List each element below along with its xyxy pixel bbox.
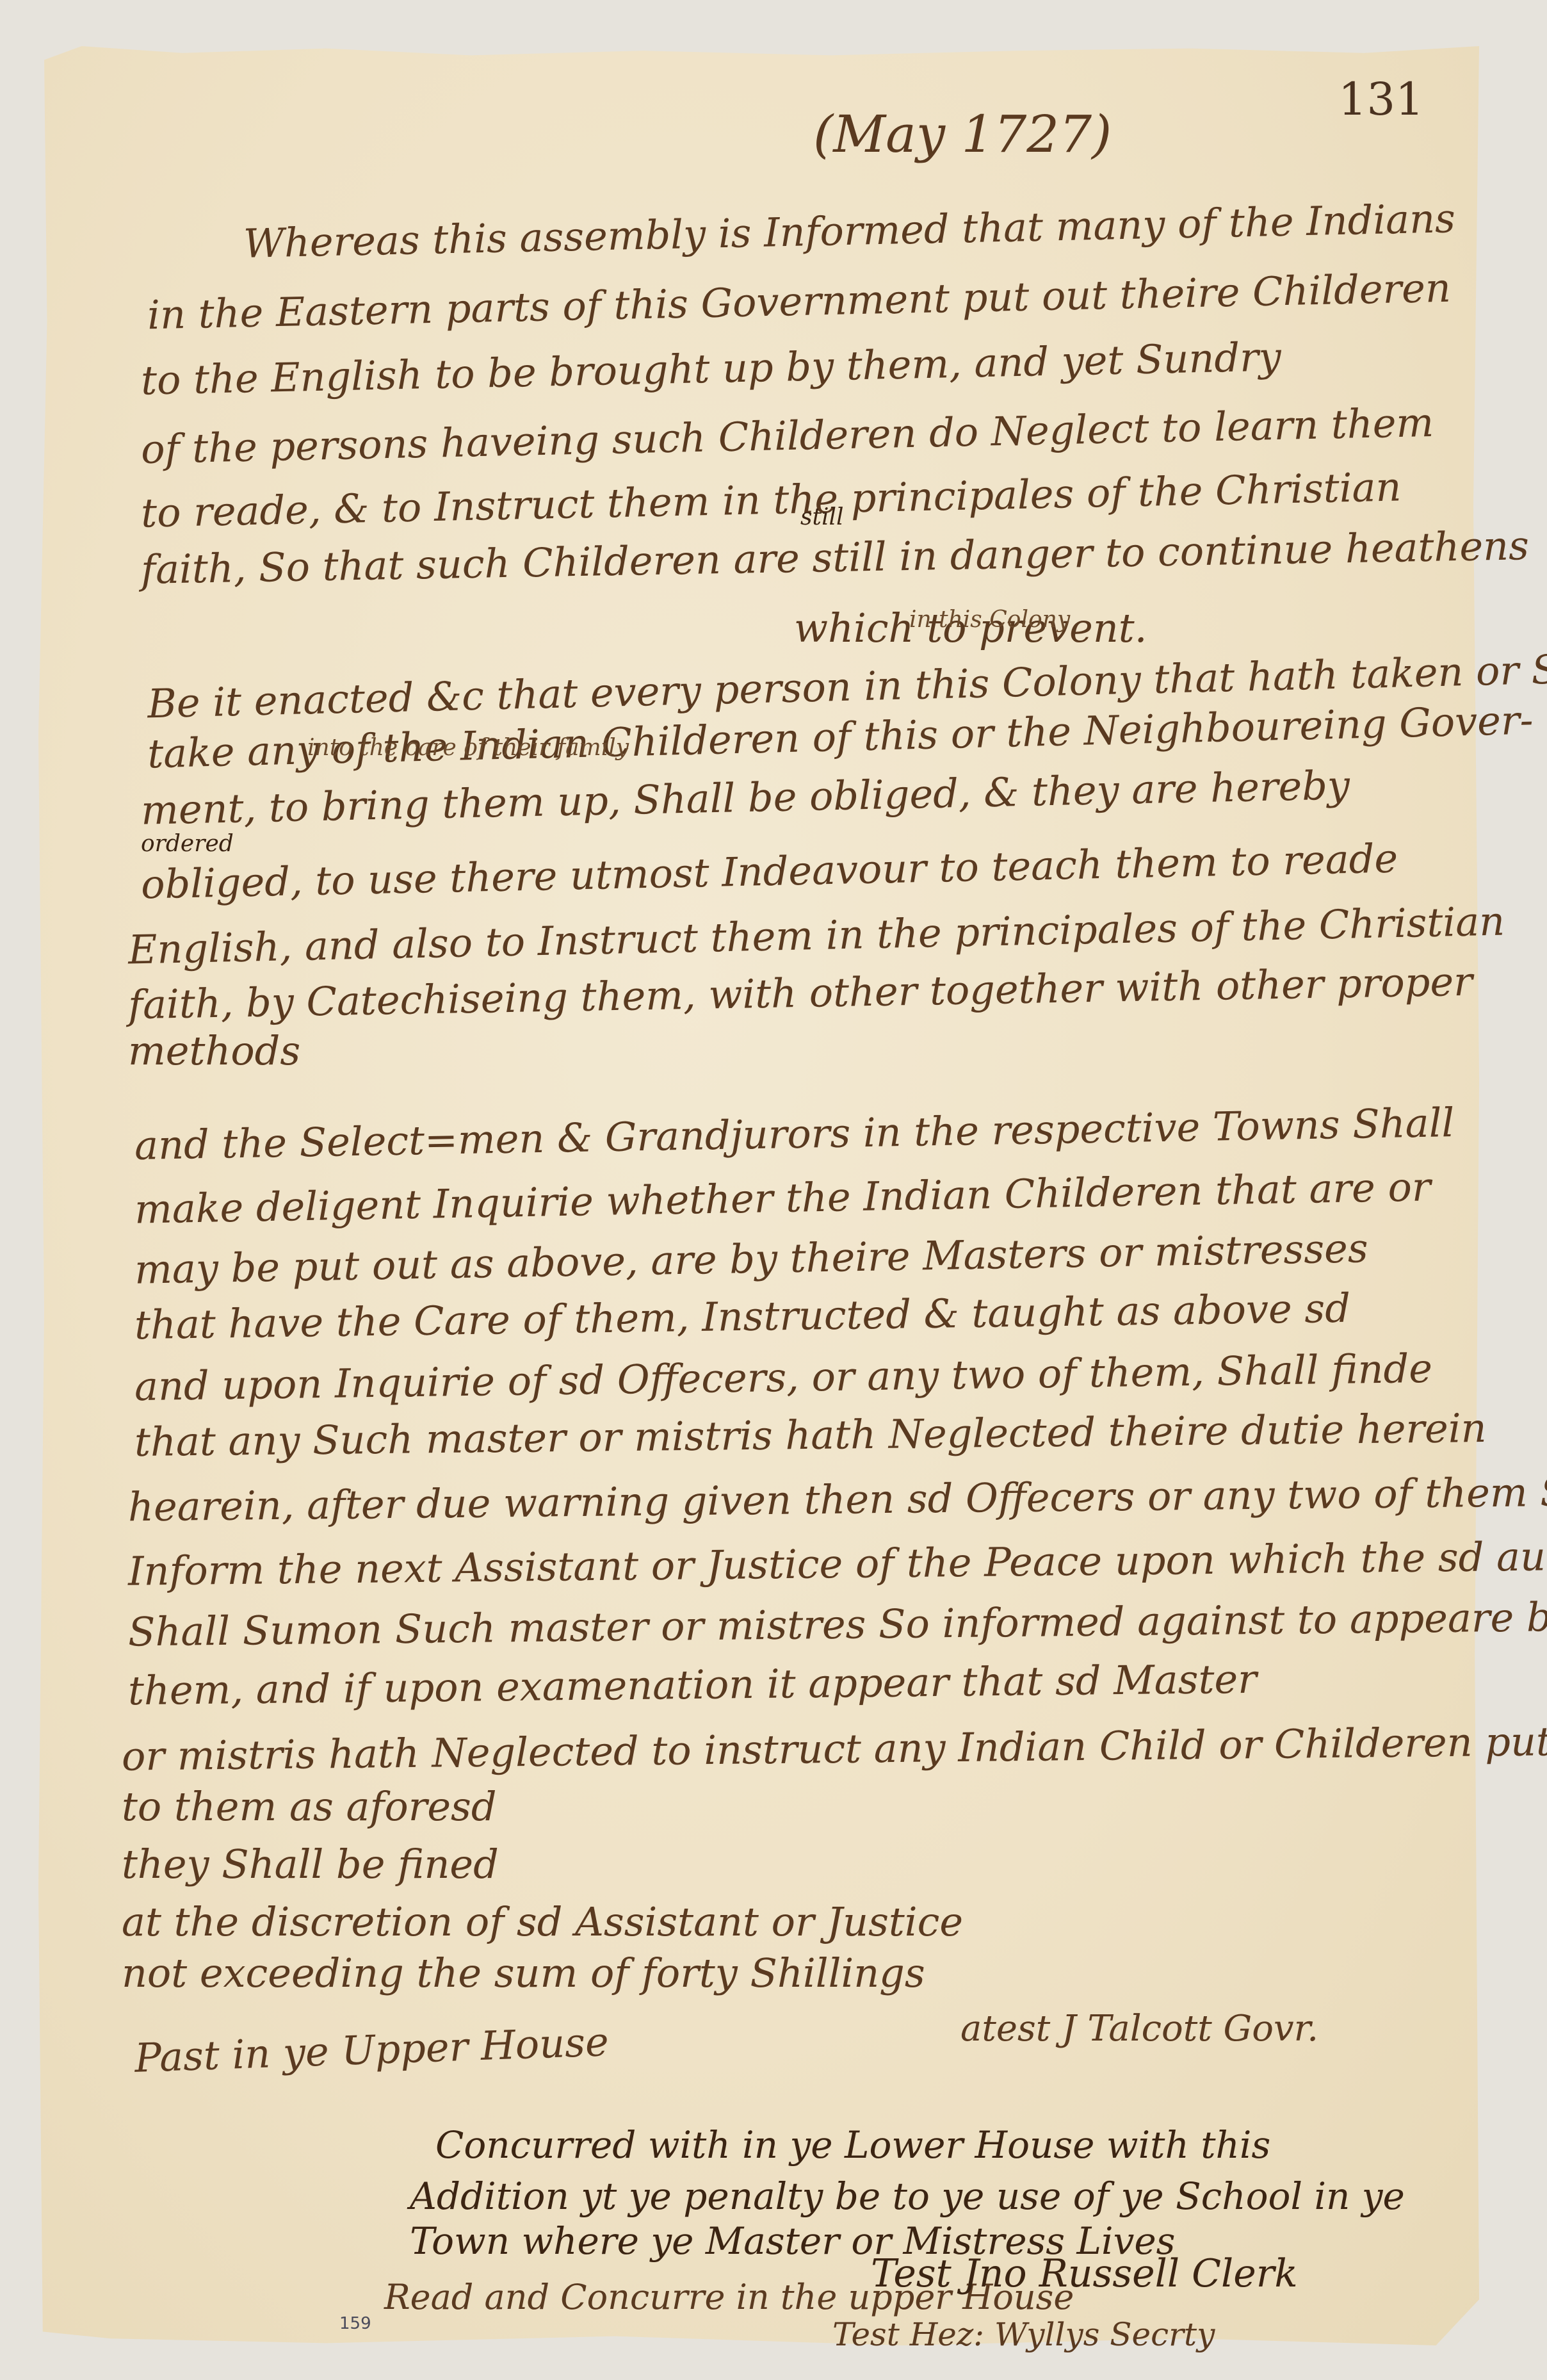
preamble-line-1: Whereas this assembly is Informed that m… [243, 199, 1456, 264]
inquiry-line-1: and the Select=men & Grandjurors in the … [134, 1103, 1455, 1166]
preamble-line-5: to reade, & to Instruct them in the prin… [141, 467, 1402, 533]
secretary-signature: Test Hez: Wyllys Secrty [832, 2319, 1215, 2351]
folio-number: 131 [1338, 77, 1424, 122]
inquiry-line-7: hearein, after due warning given then sd… [128, 1472, 1547, 1528]
enact-line-5: English, and also to Instruct them in th… [128, 901, 1505, 970]
inquiry-line-6: that any Such master or mistris hath Neg… [134, 1408, 1487, 1462]
clerk-signature-visible: Test Jno Russell Clerk [871, 2254, 1298, 2293]
preamble-line-2: in the Eastern parts of this Government … [147, 268, 1452, 336]
date-heading: (May 1727) [813, 109, 1112, 160]
archive-stamp-number: 159 [339, 2315, 371, 2332]
inquiry-line-11: or mistris hath Neglected to instruct an… [122, 1722, 1547, 1776]
insertion-in-this-colony: in this Colony [909, 608, 1070, 632]
endorsement-governor-attest: atest J Talcott Govr. [960, 2011, 1318, 2047]
enact-line-7: methods [128, 1031, 300, 1071]
insertion-ordered: ordered [141, 833, 234, 856]
document-page: (May 1727) 131 Whereas this assembly is … [0, 0, 1547, 2380]
insertion-still: still [800, 506, 843, 529]
inquiry-line-4: that have the Care of them, Instructed &… [134, 1289, 1351, 1346]
inquiry-line-9: Shall Sumon Such master or mistres So in… [128, 1597, 1547, 1652]
enact-line-4: obliged, to use there utmost Indeavour t… [141, 838, 1398, 904]
inquiry-line-12: to them as aforesd [122, 1787, 497, 1827]
inquiry-line-10: them, and if upon examenation it appear … [128, 1659, 1257, 1711]
inquiry-line-14: at the discretion of sd Assistant or Jus… [122, 1902, 963, 1942]
endorsement-upper-house: Past in ye Upper House [134, 2022, 609, 2078]
endorsement-lower-house-2: Addition yt ye penalty be to ye use of y… [410, 2178, 1405, 2215]
inquiry-line-2: make deligent Inquirie whether the India… [134, 1167, 1431, 1229]
inquiry-line-5: and upon Inquirie of sd Offecers, or any… [134, 1349, 1433, 1406]
preamble-line-3: to the English to be brought up by them,… [141, 337, 1282, 400]
inquiry-line-15: not exceeding the sum of forty Shillings [122, 1953, 925, 1993]
preamble-line-6: faith, So that such Childeren are still … [141, 526, 1530, 590]
endorsement-lower-house-1: Concurred with in ye Lower House with th… [435, 2126, 1270, 2164]
inquiry-line-8: Inform the next Assistant or Justice of … [128, 1535, 1547, 1591]
enact-line-3: ment, to bring them up, Shall be obliged… [141, 765, 1350, 831]
preamble-line-4: of the persons haveing such Childeren do… [141, 403, 1434, 469]
inquiry-line-3: may be put out as above, are by theire M… [134, 1228, 1368, 1290]
inquiry-line-13: they Shall be fined [122, 1845, 499, 1884]
enact-line-6: faith, by Catechiseing them, with other … [128, 962, 1473, 1025]
insertion-into-care: into the care of their family [307, 737, 629, 760]
